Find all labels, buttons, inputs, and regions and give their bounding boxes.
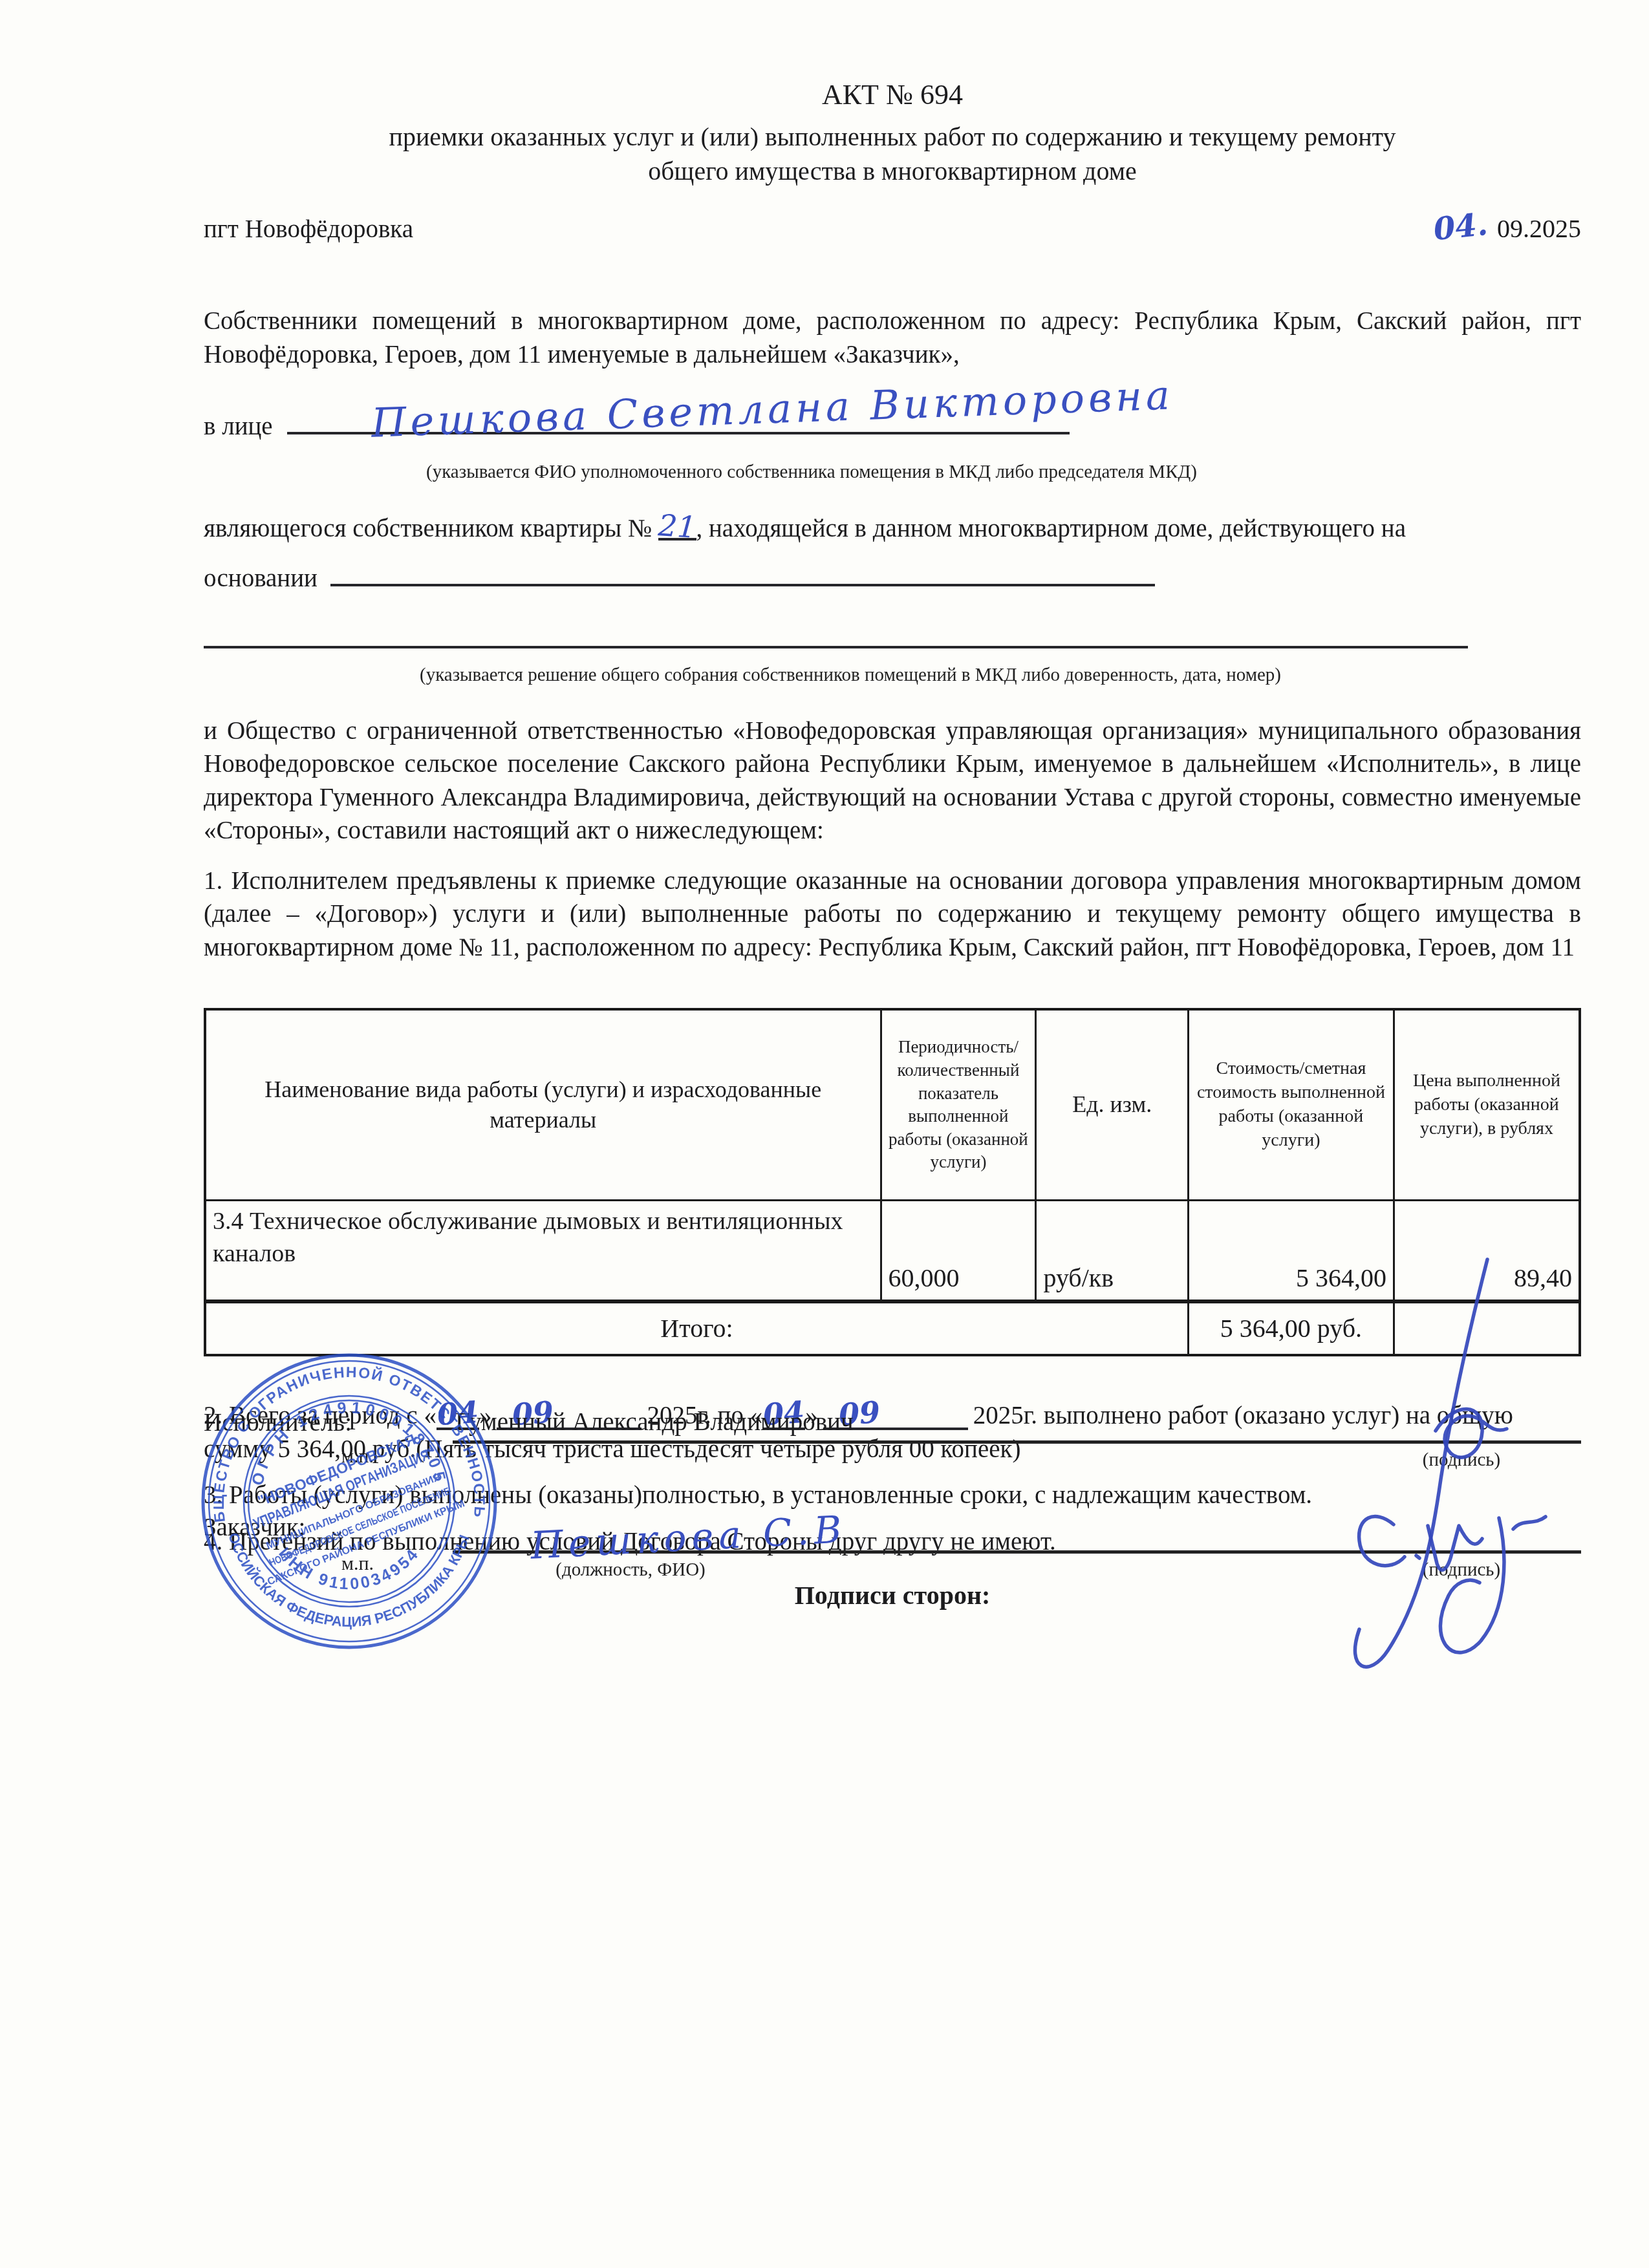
company-stamp: ОБЩЕСТВО С ОГРАНИЧЕННОЙ ОТВЕТСТВЕННОСТЬЮ…	[194, 1346, 504, 1656]
basis-row: основании	[204, 551, 1581, 595]
location-date-row: пгт Новофёдоровка 04.09.2025	[204, 207, 1581, 248]
in-face-label: в лице	[204, 410, 273, 443]
cell-price: 89,40	[1394, 1201, 1580, 1302]
subtitle-line-1: приемки оказанных услуг и (или) выполнен…	[204, 120, 1581, 155]
cell-cost: 5 364,00	[1189, 1201, 1394, 1302]
stamp-outer-top-text: ОБЩЕСТВО С ОГРАНИЧЕННОЙ ОТВЕТСТВЕННОСТЬЮ	[210, 1364, 488, 1523]
representative-blank-line: Пешкова Светлана Викторовна	[287, 390, 1070, 434]
header-unit: Ед. изм.	[1036, 1009, 1189, 1201]
signature-section: Исполнитель: Гуменный Александр Владимир…	[0, 1384, 1649, 1836]
clause-1: 1. Исполнителем предъявлены к приемке сл…	[204, 864, 1581, 964]
header-price: Цена выполненной работы (оказанной услуг…	[1394, 1009, 1580, 1201]
basis-caption: (указывается решение общего собрания соб…	[301, 663, 1400, 687]
document-date: 04.09.2025	[1434, 207, 1581, 248]
date-day-handwriting: 04.	[1432, 204, 1490, 250]
executor-sign-caption: (подпись)	[1377, 1450, 1546, 1471]
apartment-text-post: , находящейся в данном многоквартирном д…	[696, 515, 1406, 542]
representative-handwriting: Пешкова Светлана Викторовна	[371, 369, 1174, 450]
header-cost: Стоимость/сметная стоимость выполненной …	[1189, 1009, 1394, 1201]
page-title: АКТ № 694	[204, 76, 1581, 114]
owners-paragraph: Собственники помещений в многоквартирном…	[204, 305, 1581, 371]
apartment-text-pre: являющегося собственником квартиры №	[204, 515, 652, 542]
company-paragraph: и Общество с ограниченной ответственност…	[204, 714, 1581, 848]
subtitle-line-2: общего имущества в многоквартирном доме	[204, 155, 1581, 189]
executor-name: Гуменный Александр Владимирович	[453, 1407, 854, 1440]
apartment-number-handwriting: 21	[657, 506, 698, 548]
executor-signature-line: Гуменный Александр Владимирович	[453, 1389, 1581, 1444]
customer-name-handwriting: Пешкова С.В	[530, 1507, 848, 1568]
stamp-ogrn-text: ОГРН 1249100018705	[248, 1398, 450, 1487]
total-value: 5 364,00 руб.	[1189, 1301, 1394, 1355]
cell-quantity: 60,000	[881, 1201, 1036, 1302]
date-printed: 09.2025	[1497, 214, 1581, 243]
total-empty-cell	[1394, 1301, 1580, 1355]
header-work-name: Наименование вида работы (услуги) и изра…	[205, 1009, 881, 1201]
table-row: 3.4 Техническое обслуживание дымовых и в…	[205, 1201, 1580, 1302]
basis-label: основании	[204, 562, 318, 595]
svg-text:ОГРН 1249100018705: ОГРН 1249100018705	[248, 1398, 450, 1487]
customer-sign-caption: (подпись)	[1377, 1559, 1546, 1581]
services-table: Наименование вида работы (услуги) и изра…	[204, 1008, 1581, 1356]
customer-position-caption: (должность, ФИО)	[491, 1559, 770, 1581]
representative-row: в лице Пешкова Светлана Викторовна	[204, 390, 1581, 443]
act-document-page: АКТ № 694 приемки оказанных услуг и (или…	[0, 0, 1649, 2268]
cell-unit: руб/кв	[1036, 1201, 1189, 1302]
basis-blank-line-2	[204, 646, 1468, 648]
apartment-paragraph: являющегося собственником квартиры № 21,…	[204, 507, 1581, 545]
location-label: пгт Новофёдоровка	[204, 213, 413, 246]
basis-blank-line	[330, 551, 1155, 586]
table-header-row: Наименование вида работы (услуги) и изра…	[205, 1009, 1580, 1201]
header-periodicity: Периодичность/ количественный показатель…	[881, 1009, 1036, 1201]
cell-work-name: 3.4 Техническое обслуживание дымовых и в…	[205, 1201, 881, 1302]
customer-signature-line: Пешкова С.В	[453, 1481, 1581, 1554]
apartment-number-blank: 21	[658, 508, 696, 540]
fio-caption: (указывается ФИО уполномоченного собстве…	[281, 460, 1342, 484]
svg-text:ОБЩЕСТВО С ОГРАНИЧЕННОЙ ОТВЕТС: ОБЩЕСТВО С ОГРАНИЧЕННОЙ ОТВЕТСТВЕННОСТЬЮ	[210, 1364, 488, 1523]
